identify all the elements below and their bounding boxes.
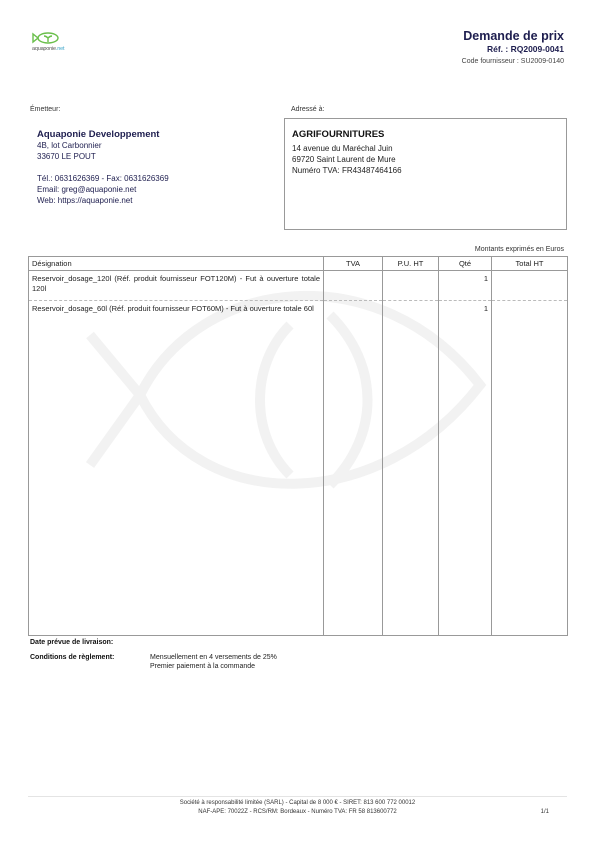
column-header-designation: Désignation xyxy=(29,257,324,271)
payment-terms-label: Conditions de règlement: xyxy=(30,654,114,661)
fish-logo-icon xyxy=(30,31,82,47)
page-number: 1/1 xyxy=(541,809,549,815)
item-total xyxy=(492,301,568,636)
payment-terms-line2: Premier paiement à la commande xyxy=(150,663,255,670)
item-unit-price xyxy=(383,271,439,301)
item-unit-price xyxy=(383,301,439,636)
items-table: Désignation TVA P.U. HT Qté Total HT Res… xyxy=(28,256,568,636)
document-title: Demande de prix xyxy=(463,29,564,43)
document-reference: Réf. : RQ2009-0041 xyxy=(487,44,564,54)
company-logo: aquaponie.net xyxy=(30,31,82,55)
recipient-address-line2: 69720 Saint Laurent de Mure xyxy=(292,155,396,164)
table-header-row: Désignation TVA P.U. HT Qté Total HT xyxy=(29,257,568,271)
currency-note: Montants exprimés en Euros xyxy=(475,246,564,253)
footer-legal-line2: NAF-APE: 70022Z - RCS/RM: Bordeaux - Num… xyxy=(0,809,595,815)
column-header-total: Total HT xyxy=(492,257,568,271)
table-row: Reservoir_dosage_60l (Réf. produit fourn… xyxy=(29,301,568,636)
item-designation: Reservoir_dosage_60l (Réf. produit fourn… xyxy=(29,301,324,636)
footer-legal-line1: Société à responsabilité limitée (SARL) … xyxy=(0,800,595,806)
column-header-quantity: Qté xyxy=(439,257,492,271)
item-quantity: 1 xyxy=(439,271,492,301)
sender-address-line2: 33670 LE POUT xyxy=(37,152,96,161)
table-row: Reservoir_dosage_120l (Réf. produit four… xyxy=(29,271,568,301)
sender-phone-fax: Tél.: 0631626369 - Fax: 0631626369 xyxy=(37,174,169,183)
item-total xyxy=(492,271,568,301)
column-header-tva: TVA xyxy=(324,257,383,271)
supplier-code: Code fournisseur : SU2009-0140 xyxy=(462,58,564,65)
item-tva xyxy=(324,301,383,636)
item-tva xyxy=(324,271,383,301)
item-quantity: 1 xyxy=(439,301,492,636)
footer-divider xyxy=(28,796,567,797)
column-header-unit-price: P.U. HT xyxy=(383,257,439,271)
recipient-name: AGRIFOURNITURES xyxy=(292,129,384,140)
sender-address-line1: 4B, lot Carbonnier xyxy=(37,141,101,150)
delivery-date-label: Date prévue de livraison: xyxy=(30,639,113,646)
item-designation: Reservoir_dosage_120l (Réf. produit four… xyxy=(29,271,324,301)
sender-label: Émetteur: xyxy=(30,106,60,113)
logo-text: aquaponie.net xyxy=(32,46,64,52)
recipient-vat: Numéro TVA: FR43487464166 xyxy=(292,166,402,175)
sender-email: Email: greg@aquaponie.net xyxy=(37,185,136,194)
sender-name: Aquaponie Developpement xyxy=(37,129,159,140)
recipient-label: Adressé à: xyxy=(291,106,324,113)
sender-web: Web: https://aquaponie.net xyxy=(37,196,132,205)
recipient-address-line1: 14 avenue du Maréchal Juin xyxy=(292,144,393,153)
payment-terms-line1: Mensuellement en 4 versements de 25% xyxy=(150,654,277,661)
